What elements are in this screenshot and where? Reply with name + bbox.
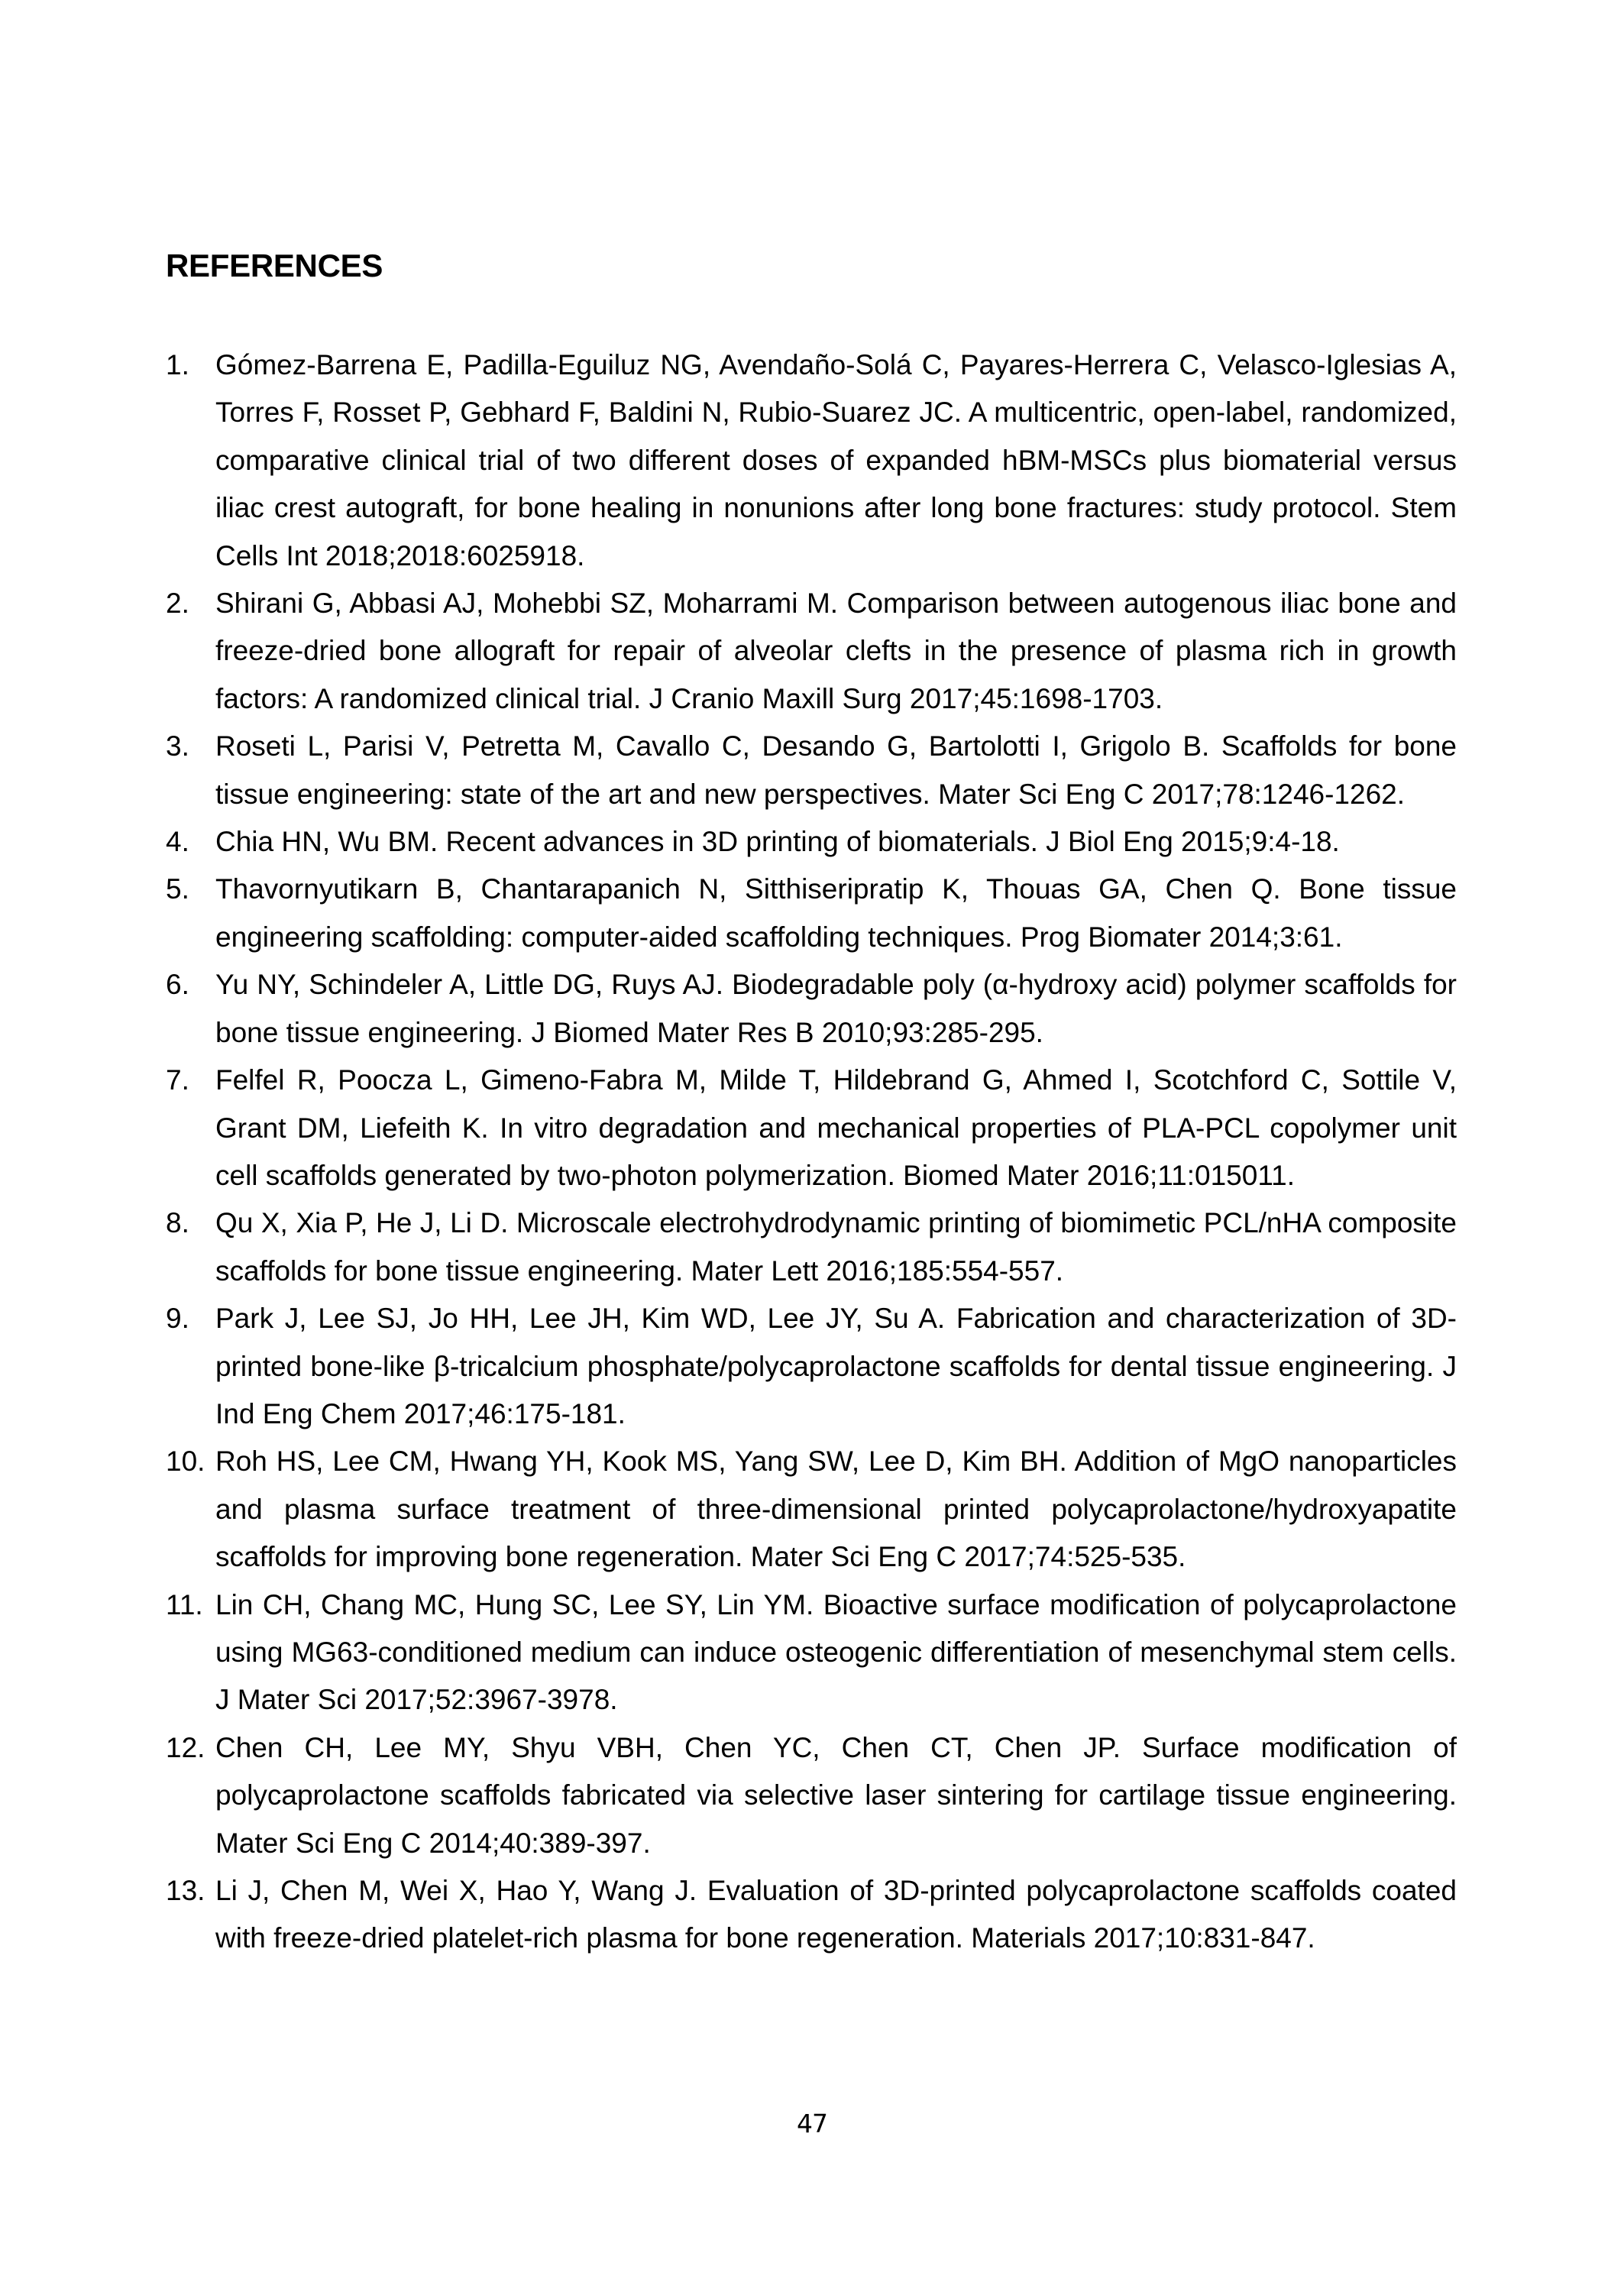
reference-text: Chia HN, Wu BM. Recent advances in 3D pr… — [215, 818, 1457, 866]
reference-text: Yu NY, Schindeler A, Little DG, Ruys AJ.… — [215, 961, 1457, 1057]
reference-number: 1. — [166, 342, 189, 389]
reference-item: 5. Thavornyutikarn B, Chantarapanich N, … — [166, 866, 1457, 961]
reference-number: 8. — [166, 1199, 189, 1247]
reference-text: Li J, Chen M, Wei X, Hao Y, Wang J. Eval… — [215, 1867, 1457, 1963]
reference-text: Lin CH, Chang MC, Hung SC, Lee SY, Lin Y… — [215, 1581, 1457, 1724]
reference-text: Park J, Lee SJ, Jo HH, Lee JH, Kim WD, L… — [215, 1295, 1457, 1438]
reference-number: 11. — [166, 1581, 203, 1629]
reference-item: 7. Felfel R, Poocza L, Gimeno-Fabra M, M… — [166, 1057, 1457, 1199]
reference-number: 9. — [166, 1295, 189, 1342]
references-heading: REFERENCES — [166, 250, 383, 282]
reference-text: Gómez-Barrena E, Padilla-Eguiluz NG, Ave… — [215, 342, 1457, 580]
reference-text: Chen CH, Lee MY, Shyu VBH, Chen YC, Chen… — [215, 1724, 1457, 1867]
reference-number: 6. — [166, 961, 189, 1008]
reference-text: Roseti L, Parisi V, Petretta M, Cavallo … — [215, 723, 1457, 818]
reference-item: 10. Roh HS, Lee CM, Hwang YH, Kook MS, Y… — [166, 1438, 1457, 1581]
reference-number: 5. — [166, 866, 189, 913]
reference-number: 7. — [166, 1057, 189, 1104]
reference-item: 2. Shirani G, Abbasi AJ, Mohebbi SZ, Moh… — [166, 580, 1457, 723]
reference-text: Qu X, Xia P, He J, Li D. Microscale elec… — [215, 1199, 1457, 1295]
reference-number: 3. — [166, 723, 189, 770]
reference-item: 9. Park J, Lee SJ, Jo HH, Lee JH, Kim WD… — [166, 1295, 1457, 1438]
reference-item: 8. Qu X, Xia P, He J, Li D. Microscale e… — [166, 1199, 1457, 1295]
reference-item: 13. Li J, Chen M, Wei X, Hao Y, Wang J. … — [166, 1867, 1457, 1963]
reference-text: Roh HS, Lee CM, Hwang YH, Kook MS, Yang … — [215, 1438, 1457, 1581]
reference-number: 2. — [166, 580, 189, 627]
reference-number: 10. — [166, 1438, 205, 1485]
reference-item: 4. Chia HN, Wu BM. Recent advances in 3D… — [166, 818, 1457, 866]
reference-item: 1. Gómez-Barrena E, Padilla-Eguiluz NG, … — [166, 342, 1457, 580]
page-number: 47 — [0, 2109, 1624, 2139]
reference-number: 13. — [166, 1867, 205, 1915]
reference-number: 12. — [166, 1724, 205, 1772]
reference-item: 3. Roseti L, Parisi V, Petretta M, Caval… — [166, 723, 1457, 818]
reference-item: 12. Chen CH, Lee MY, Shyu VBH, Chen YC, … — [166, 1724, 1457, 1867]
reference-number: 4. — [166, 818, 189, 866]
reference-item: 11. Lin CH, Chang MC, Hung SC, Lee SY, L… — [166, 1581, 1457, 1724]
reference-text: Shirani G, Abbasi AJ, Mohebbi SZ, Moharr… — [215, 580, 1457, 723]
reference-list: 1. Gómez-Barrena E, Padilla-Eguiluz NG, … — [166, 342, 1457, 1963]
reference-text: Thavornyutikarn B, Chantarapanich N, Sit… — [215, 866, 1457, 961]
reference-text: Felfel R, Poocza L, Gimeno-Fabra M, Mild… — [215, 1057, 1457, 1199]
reference-item: 6. Yu NY, Schindeler A, Little DG, Ruys … — [166, 961, 1457, 1057]
